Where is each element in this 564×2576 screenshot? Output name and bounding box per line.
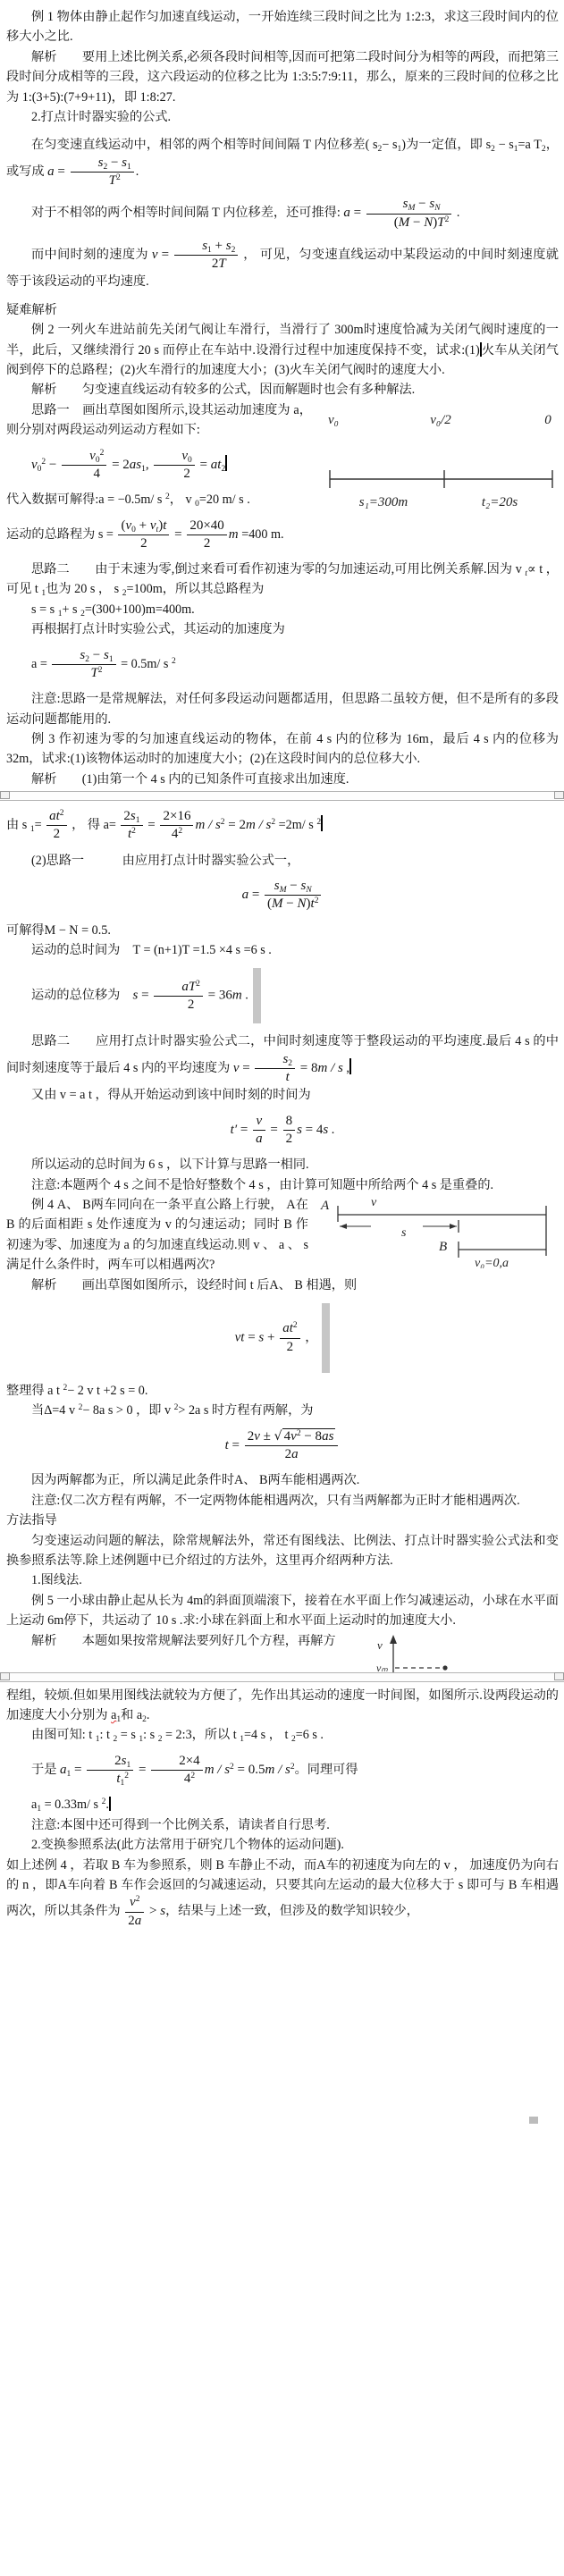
paragraph: 注意:本题两个 4 s 之间不是恰好整数个 4 s ，由计算可知题中所给两个 4…: [6, 1175, 559, 1195]
diagram-ex4-v0a-label: v₀=0,a: [475, 1257, 509, 1268]
fraction-formula: at22: [46, 809, 66, 843]
paragraph: 由图可知: t 1: t 2 = s 1: s 2 = 2:3，所以 t 1=4…: [6, 1725, 559, 1745]
paragraph: 思路二 由于末速为零,倒过来看可看作初速为零的匀加速运动,可用比例关系解.因为 …: [6, 560, 559, 600]
paragraph: 例 5 一小球由静止起从长为 4m的斜面顶端滚下，接着在水平面上作匀减速运动，小…: [6, 1591, 559, 1631]
paragraph: vt = s + at22 ，: [6, 1303, 559, 1373]
fraction-formula: sM − sN(M − N)t2: [265, 879, 321, 913]
paragraph: 如上述例 4 ，若取 B 车为参照系，则 B 车静止不动，而A车的初速度为向左的…: [6, 1856, 559, 1929]
fraction-formula: aT22: [154, 980, 203, 1014]
fraction-formula: at22: [280, 1321, 299, 1355]
paragraph: 注意:思路一是常规解法，对任何多段运动问题都适用，但思路二虽较方便，但不是所有的…: [6, 689, 559, 729]
graph-v-axis-label: v: [377, 1638, 383, 1652]
diagram-ex4-v-label: v: [371, 1196, 377, 1209]
paragraph: a1 = 0.33m/ s 2.: [6, 1795, 559, 1814]
paragraph: 运动的总时间为 T = (n+1)T =1.5 ×4 s =6 s .: [6, 940, 559, 960]
diagram-ex2-v0half-label: v₀/2: [430, 413, 451, 427]
fraction-formula: s2 − s1T2: [71, 156, 134, 189]
paragraph: 又由 v = a t ，得从开始运动到该中间时刻的时间为: [6, 1085, 559, 1105]
fraction-formula: v024: [62, 449, 106, 483]
paragraph: 运动的总位移为 s = aT22 = 36m .: [6, 968, 559, 1023]
paragraph: 解析 (1)由第一个 4 s 内的已知条件可直接求出加速度.: [6, 770, 559, 789]
paragraph: 例 1 物体由静止起作匀加速直线运动，一开始连续三段时间之比为 1:2:3，求这…: [6, 7, 559, 47]
paragraph: t′ = va = 82s = 4s .: [6, 1114, 559, 1148]
fraction-formula: 2v ± √4v2 − 8as2a: [245, 1429, 339, 1463]
paragraph: 匀变速运动问题的解法，除常规解法外，常还有图线法、比例法、打点计时器实验公式法和…: [6, 1531, 559, 1571]
text-cursor: [349, 1058, 351, 1074]
paragraph: 由 s 1= at22 ， 得 a= 2s1t2 = 2×1642m / s2 …: [6, 809, 559, 843]
sqrt-formula: √4v2 − 8as: [274, 1428, 336, 1444]
paragraph: 解析 画出草图如图所示，设经时间 t 后A、 B 相遇，则: [6, 1275, 559, 1295]
paragraph: 2.变换参照系法(此方法常用于研究几个物体的运动问题).: [6, 1835, 559, 1855]
paragraph: s = s 1+ s 2=(300+100)m=400m.: [6, 600, 559, 619]
fraction-formula: sM − sN(M − N)T2: [366, 197, 452, 231]
fraction-formula: 2s1t2: [121, 809, 142, 843]
page-break-separator: [0, 1672, 564, 1682]
gray-highlight-bar: [322, 1303, 330, 1373]
fraction-formula: 20×402: [187, 518, 226, 552]
page-break-left-mark: [0, 791, 10, 799]
fraction-formula: s2t: [255, 1052, 295, 1086]
velocity-time-graph: v vₘ: [375, 1631, 559, 1672]
fraction-formula: v02: [154, 449, 194, 483]
paragraph: a = s2 − s1T2 = 0.5m/ s 2: [6, 648, 559, 682]
paragraph: 1.图线法.: [6, 1570, 559, 1590]
gray-highlight-bar: [253, 968, 261, 1023]
diagram-ex4-s-label: s: [401, 1226, 407, 1240]
paragraph: 整理得 a t 2− 2 v t +2 s = 0.: [6, 1381, 559, 1401]
paragraph: 对于不相邻的两个相等时间间隔 T 内位移差，还可推得: a = sM − sN(…: [6, 197, 559, 231]
fraction-formula: 82: [283, 1114, 296, 1148]
paragraph: 解析 匀变速直线运动有较多的公式，因而解题时也会有多种解法.: [6, 380, 559, 400]
diagram-ex2-v0-label: v₀: [328, 413, 339, 427]
spellcheck-underlined-text: a1: [111, 1708, 121, 1722]
paragraph: (2)思路一 由应用打点计时器实验公式一，: [6, 851, 559, 871]
document-content: 例 1 物体由静止起作匀加速直线运动，一开始连续三段时间之比为 1:2:3，求这…: [0, 0, 564, 1929]
paragraph: 注意:仅二次方程有两解，不一定两物体能相遇两次，只有当两解都为正时才能相遇两次.: [6, 1491, 559, 1511]
paragraph: 思路二 应用打点计时器实验公式二，中间时刻速度等于整段运动的平均速度.最后 4 …: [6, 1031, 559, 1085]
paragraph: 疑难解析: [6, 300, 559, 320]
diagram-ex4-B-label: B: [439, 1240, 447, 1254]
paragraph: a = sM − sN(M − N)t2: [6, 879, 559, 913]
fraction-formula: va: [253, 1114, 265, 1148]
paragraph: 注意:本图中还可得到一个比例关系，请读者自行思考.: [6, 1815, 559, 1835]
paragraph: 于是 a1 = 2s1t12 = 2×442m / s2 = 0.5m / s2…: [6, 1754, 559, 1788]
diagram-ex2-s1-label: s₁=300m: [359, 495, 408, 509]
diagram-ex4-A-label: A: [320, 1199, 330, 1213]
document-page: 例 1 物体由静止起作匀加速直线运动，一开始连续三段时间之比为 1:2:3，求这…: [0, 0, 564, 2576]
paragraph: 而中间时刻的速度为 v = s1 + s22T ， 可见，匀变速直线运动中某段运…: [6, 239, 559, 292]
paragraph: 当Δ=4 v 2− 8a s > 0 ，即 v 2> 2a s 时方程有两解，为: [6, 1401, 559, 1420]
fraction-formula: 2s1t12: [87, 1754, 133, 1788]
page-break-right-mark: [554, 791, 564, 799]
two-cars-diagram: A v s B v₀=0,a: [316, 1195, 559, 1268]
paragraph: t = 2v ± √4v2 − 8as2a: [6, 1429, 559, 1463]
paragraph: 在匀变速直线运动中，相邻的两个相等时间间隔 T 内位移差( s2− s1)为一定…: [6, 135, 559, 189]
paragraph: 运动的总路程为 s = (v0 + vt)t2 = 20×402m =400 m…: [6, 518, 559, 552]
page-break-right-mark: [554, 1672, 564, 1680]
fraction-formula: (v0 + vt)t2: [118, 518, 169, 552]
graph-vm-label: vₘ: [376, 1662, 388, 1672]
paragraph: 所以运动的总时间为 6 s ，以下计算与思路一相同.: [6, 1155, 559, 1174]
paragraph: 例 2 一列火车进站前先关闭气阀让车滑行，当滑行了 300m时速度恰减为关闭气阀…: [6, 320, 559, 380]
train-deceleration-diagram: v₀ v₀/2 0 s₁=300m t₂=20s: [319, 402, 559, 511]
object-anchor-marker: [529, 2117, 538, 2124]
page-break-separator: [0, 791, 564, 801]
diagram-ex2-t2-label: t₂=20s: [482, 495, 518, 509]
paragraph: 再根据打点计时实验公式，其运动的加速度为: [6, 619, 559, 639]
paragraph: 因为两解都为正，所以满足此条件时A、 B两车能相遇两次.: [6, 1470, 559, 1490]
fraction-formula: v22a: [125, 1895, 144, 1929]
diagram-ex2-zero-label: 0: [544, 413, 551, 427]
fraction-formula: s2 − s1T2: [52, 648, 115, 682]
fraction-formula: 2×1642: [160, 809, 193, 843]
paragraph: 可解得M − N = 0.5.: [6, 921, 559, 940]
fraction-formula: 2×442: [151, 1754, 202, 1788]
text-cursor: [225, 455, 227, 471]
paragraph: 解析 要用上述比例关系,必须各段时间相等,因而可把第二段时间分为相等的两段，而把…: [6, 47, 559, 107]
text-cursor: [321, 815, 323, 831]
paragraph: 例 3 作初速为零的匀加速直线运动的物体，在前 4 s 内的位移为 16m，最后…: [6, 729, 559, 770]
page-break-left-mark: [0, 1672, 10, 1680]
paragraph: 方法指导: [6, 1511, 559, 1530]
fraction-formula: s1 + s22T: [174, 239, 238, 273]
paragraph: 程组，较烦.但如果用图线法就较为方便了，先作出其运动的速度一时间图，如图所示.设…: [6, 1686, 559, 1726]
text-cursor: [109, 1797, 111, 1811]
paragraph: 2.打点计时器实验的公式.: [6, 107, 559, 127]
